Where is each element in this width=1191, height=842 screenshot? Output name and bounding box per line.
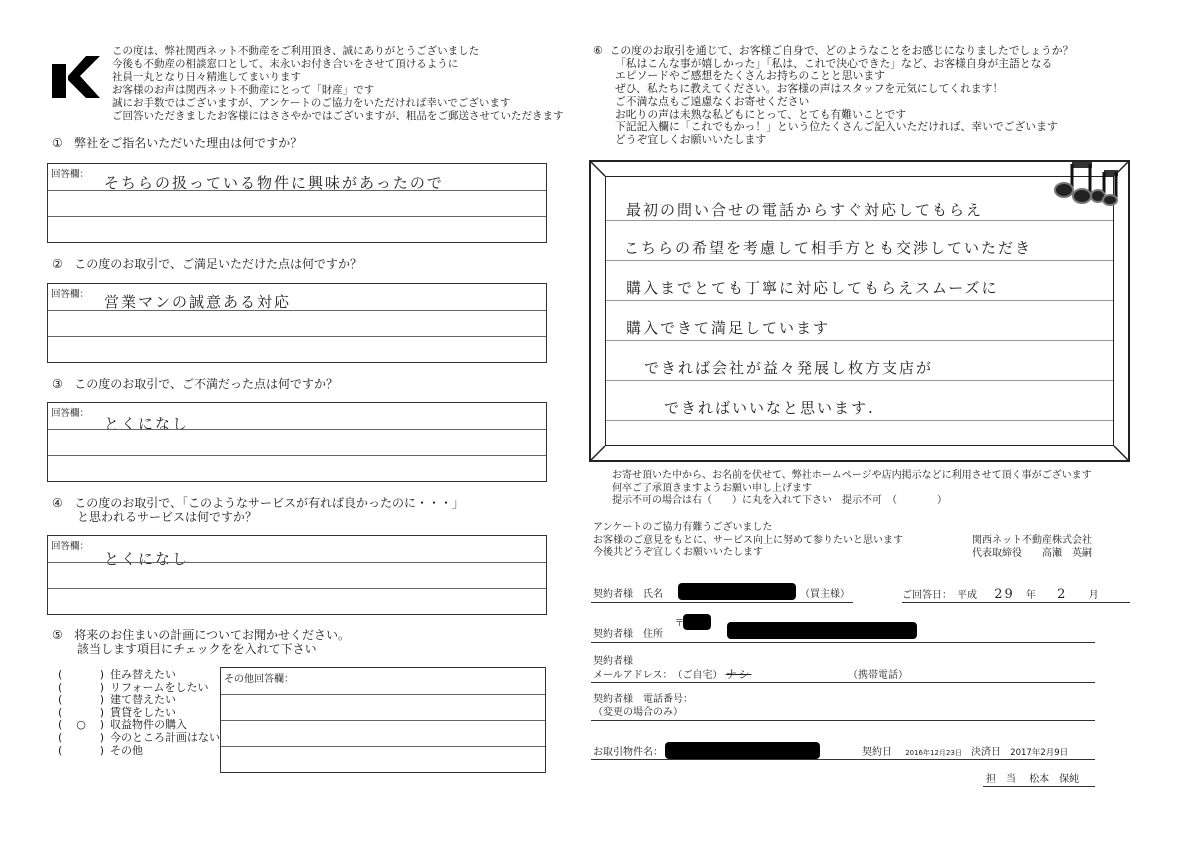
checklist-option[interactable]: ()今のところ計画はない bbox=[58, 732, 220, 745]
ruled-line bbox=[48, 588, 546, 589]
ruled-line bbox=[221, 720, 545, 721]
answer-label: 回答欄： bbox=[51, 405, 89, 419]
contract-date: 2016年12月23日 bbox=[905, 749, 962, 757]
question-text: 将来のお住まいの計画についてお聞かせください。 bbox=[74, 628, 350, 642]
question-1: ① 弊社をご指名いただいた理由は何ですか？ bbox=[52, 136, 302, 150]
disclosure-line: お寄せ頂いた中から、お名前を伏せて、弊社ホームページや店内掲示などに利用させて頂… bbox=[612, 470, 1092, 483]
ruled-line bbox=[606, 300, 1113, 301]
option-label: 建て替えたい bbox=[110, 694, 176, 707]
check-mark bbox=[74, 669, 88, 682]
handwritten-answer-line: 購入できて満足しています bbox=[626, 317, 830, 338]
question-number: ③ bbox=[52, 377, 63, 391]
dates-field: 契約日 2016年12月23日 決済日 2017年2月9日 bbox=[862, 746, 1068, 760]
ruled-line bbox=[48, 455, 546, 456]
ruled-line bbox=[606, 340, 1113, 341]
company-signature: 関西ネット不動産株式会社 代表取締役 高瀬 英嗣 bbox=[972, 535, 1092, 560]
question-number: ④ bbox=[52, 496, 63, 510]
date-underline bbox=[902, 602, 1130, 603]
address-label: 契約者様 住所 bbox=[593, 628, 663, 641]
check-mark bbox=[74, 694, 88, 707]
property-underline bbox=[591, 759, 1095, 760]
question-number: ② bbox=[52, 257, 63, 271]
question-6: ⑥ この度のお取引を通じて、お客様ご自身で、どのようなことをお感じになりましたで… bbox=[593, 45, 1073, 147]
intro-line: 今後も不動産の相談窓口として、末永いお付き合いをさせて頂けるように bbox=[112, 58, 564, 71]
question-text: 弊社をご指名いただいた理由は何ですか？ bbox=[74, 136, 302, 150]
option-label: 今のところ計画はない bbox=[110, 732, 220, 745]
option-label: 住み替えたい bbox=[110, 669, 176, 682]
handwritten-answer-line: できれば会社が益々発展し枚方支店が bbox=[644, 357, 933, 378]
staff-name: 松本 保純 bbox=[1029, 774, 1079, 785]
ruled-line bbox=[48, 562, 546, 563]
checklist-option[interactable]: ()住み替えたい bbox=[58, 669, 220, 682]
settlement-label: 決済日 bbox=[971, 747, 1001, 758]
question-number: ⑤ bbox=[52, 628, 63, 642]
intro-text: この度は、弊社関西ネット不動産をご利用頂き、誠にありがとうございました 今後も不… bbox=[112, 45, 564, 123]
redacted-name bbox=[678, 583, 796, 600]
property-label: お取引物件名： bbox=[593, 746, 663, 759]
redacted-address bbox=[727, 622, 917, 639]
address-underline[interactable] bbox=[591, 642, 1095, 643]
kansai-net-logo bbox=[50, 52, 102, 100]
email-label: 契約者様 メールアドレス： （ご自宅） ナシ bbox=[593, 656, 751, 682]
intro-line: 社員一丸となり日々精進してまいります bbox=[112, 71, 564, 84]
disclosure-notice: お寄せ頂いた中から、お名前を伏せて、弊社ホームページや店内掲示などに利用させて頂… bbox=[612, 470, 1092, 508]
handwritten-answer-line: できればいいなと思います. bbox=[664, 397, 875, 418]
intro-line: 誠にお手数ではございますが、アンケートのご協力をいただければ幸いでございます bbox=[112, 97, 564, 110]
other-answer-box[interactable]: その他回答欄： bbox=[220, 667, 546, 773]
thanks-line: お客様のご意見をもとに、サービス向上に努めて参りたいと思います bbox=[593, 535, 903, 548]
answer-year: 29 bbox=[994, 587, 1015, 602]
question-4: ④ この度のお取引で、「このようなサービスが有れば良かったのに・・・」 と思われ… bbox=[52, 496, 464, 524]
checklist-option[interactable]: ()建て替えたい bbox=[58, 694, 220, 707]
disclosure-line: 何卒ご了承頂きますようお願い申し上げます bbox=[612, 483, 1092, 496]
name-label: 契約者様 氏名 bbox=[593, 588, 663, 601]
staff-label: 担 当 bbox=[986, 774, 1016, 785]
question-text: 該当します項目にチェックをを入れて下さい bbox=[52, 642, 350, 656]
thanks-line: 今後共どうぞ宜しくお願いいたします bbox=[593, 547, 903, 560]
question-number: ① bbox=[52, 136, 63, 150]
option-label: その他 bbox=[110, 745, 143, 758]
phone-label-line: （変更の場合のみ） bbox=[593, 707, 693, 720]
question-text: と思われるサービスは何ですか？ bbox=[52, 510, 464, 524]
check-mark bbox=[74, 682, 88, 695]
phone-label: 契約者様 電話番号： （変更の場合のみ） bbox=[593, 694, 693, 719]
answer-month: 2 bbox=[1057, 587, 1067, 602]
ruled-line bbox=[221, 694, 545, 695]
answer-label: 回答欄： bbox=[51, 538, 89, 552]
name-suffix: （買主様） bbox=[800, 588, 850, 601]
staff-underline bbox=[983, 786, 1095, 787]
disclosure-line[interactable]: 提示不可の場合は右（ ）に丸を入れて下さい 提示不可 （ ） bbox=[612, 495, 1092, 508]
email-label-line: メールアドレス： （ご自宅） bbox=[593, 670, 723, 681]
ruled-line bbox=[606, 420, 1113, 421]
settlement-date: 2017年2月9日 bbox=[1010, 748, 1068, 758]
phone-underline[interactable] bbox=[591, 720, 1095, 721]
staff-field: 担 当 松本 保純 bbox=[986, 773, 1079, 786]
ruled-line bbox=[48, 216, 546, 217]
question-3: ③ この度のお取引で、ご不満だった点は何ですか？ bbox=[52, 377, 338, 391]
year-label: 年 bbox=[1026, 590, 1036, 601]
ruled-line bbox=[606, 220, 1113, 221]
music-notes-icon bbox=[1052, 160, 1122, 206]
other-answer-label: その他回答欄： bbox=[224, 670, 294, 685]
redacted-property-name bbox=[665, 742, 820, 759]
question-number: ⑥ bbox=[593, 44, 603, 57]
answer-date-field[interactable]: ご回答日： 平成 29 年 2 月 bbox=[902, 588, 1099, 602]
question-text: ご不満な点もご遠慮なくお寄せください bbox=[593, 96, 1073, 109]
company-name: 関西ネット不動産株式会社 bbox=[972, 535, 1092, 548]
handwritten-answer-line: 購入までとても丁寧に対応してもらえスムーズに bbox=[626, 277, 999, 298]
question-text: この度のお取引で、ご満足いただけた点は何ですか？ bbox=[74, 257, 362, 271]
ruled-line bbox=[606, 380, 1113, 381]
question-text: この度のお取引を通じて、お客様ご自身で、どのようなことをお感じになりましたでしょ… bbox=[610, 44, 1074, 57]
email-home-value: ナシ bbox=[726, 668, 752, 681]
question-2: ② この度のお取引で、ご満足いただけた点は何ですか？ bbox=[52, 257, 362, 271]
answer-label: 回答欄： bbox=[51, 286, 89, 300]
email-underline[interactable] bbox=[591, 682, 1095, 683]
ruled-line bbox=[48, 310, 546, 311]
redacted-postal-code bbox=[683, 614, 711, 630]
question-text: どうぞ宜しくお願いいたします bbox=[593, 134, 1073, 147]
email-mobile-label: （携帯電話） bbox=[848, 669, 908, 682]
thanks-line: アンケートのご協力有難うございました bbox=[593, 522, 903, 535]
check-mark bbox=[74, 732, 88, 745]
handwritten-answer-line: こちらの希望を考慮して相手方とも交渉していただき bbox=[624, 237, 1032, 258]
check-mark: ○ bbox=[74, 719, 88, 732]
ruled-line bbox=[48, 336, 546, 337]
plan-checklist: ()住み替えたい ()リフォームをしたい ()建て替えたい ()賃貸をしたい (… bbox=[58, 669, 220, 757]
phone-label-line: 契約者様 電話番号： bbox=[593, 694, 693, 707]
representative-name: 代表取締役 高瀬 英嗣 bbox=[972, 548, 1092, 561]
intro-line: この度は、弊社関西ネット不動産をご利用頂き、誠にありがとうございました bbox=[112, 45, 564, 58]
handwritten-answer-line: 最初の問い合せの電話からすぐ対応してもらえ bbox=[626, 199, 983, 220]
ruled-line bbox=[48, 190, 546, 191]
frame-inner: 最初の問い合せの電話からすぐ対応してもらえ こちらの希望を考慮して相手方とも交渉… bbox=[605, 176, 1114, 446]
answer-box-4[interactable]: 回答欄： とくになし bbox=[47, 535, 547, 615]
month-label: 月 bbox=[1089, 590, 1099, 601]
name-underline bbox=[591, 602, 853, 603]
ruled-line bbox=[48, 429, 546, 430]
answer-box-1[interactable]: 回答欄： そちらの扱っている物件に興味があったので bbox=[47, 163, 547, 243]
intro-line: お客様のお声は関西ネット不動産にとって「財産」です bbox=[112, 84, 564, 97]
question-5: ⑤ 将来のお住まいの計画についてお聞かせください。 該当します項目にチェックをを… bbox=[52, 628, 350, 656]
free-answer-frame[interactable]: 最初の問い合せの電話からすぐ対応してもらえ こちらの希望を考慮して相手方とも交渉… bbox=[589, 160, 1130, 462]
contract-date-label: 契約日 bbox=[862, 747, 892, 758]
question-text: この度のお取引で、ご不満だった点は何ですか？ bbox=[74, 377, 338, 391]
question-text: この度のお取引で、「このようなサービスが有れば良かったのに・・・」 bbox=[74, 496, 464, 510]
handwritten-answer: とくになし bbox=[104, 413, 189, 434]
answer-box-2[interactable]: 回答欄： 営業マンの誠意ある対応 bbox=[47, 283, 547, 363]
answer-box-3[interactable]: 回答欄： とくになし bbox=[47, 402, 547, 482]
answer-date-label: ご回答日： 平成 bbox=[902, 590, 977, 601]
question-text: ぜひ、私たちに教えてください。お客様の声はスタッフを元気にしてくれます！ bbox=[593, 83, 1073, 96]
check-mark bbox=[74, 745, 88, 758]
checklist-option[interactable]: ()その他 bbox=[58, 745, 220, 758]
handwritten-answer: とくになし bbox=[104, 548, 189, 569]
thanks-text: アンケートのご協力有難うございました お客様のご意見をもとに、サービス向上に努め… bbox=[593, 522, 903, 560]
ruled-line bbox=[606, 260, 1113, 261]
intro-line: ご回答いただきましたお客様にはささやかではございますが、粗品をご郵送させていただ… bbox=[112, 110, 564, 123]
ruled-line bbox=[221, 746, 545, 747]
handwritten-answer: 営業マンの誠意ある対応 bbox=[104, 291, 291, 312]
answer-label: 回答欄： bbox=[51, 166, 89, 180]
